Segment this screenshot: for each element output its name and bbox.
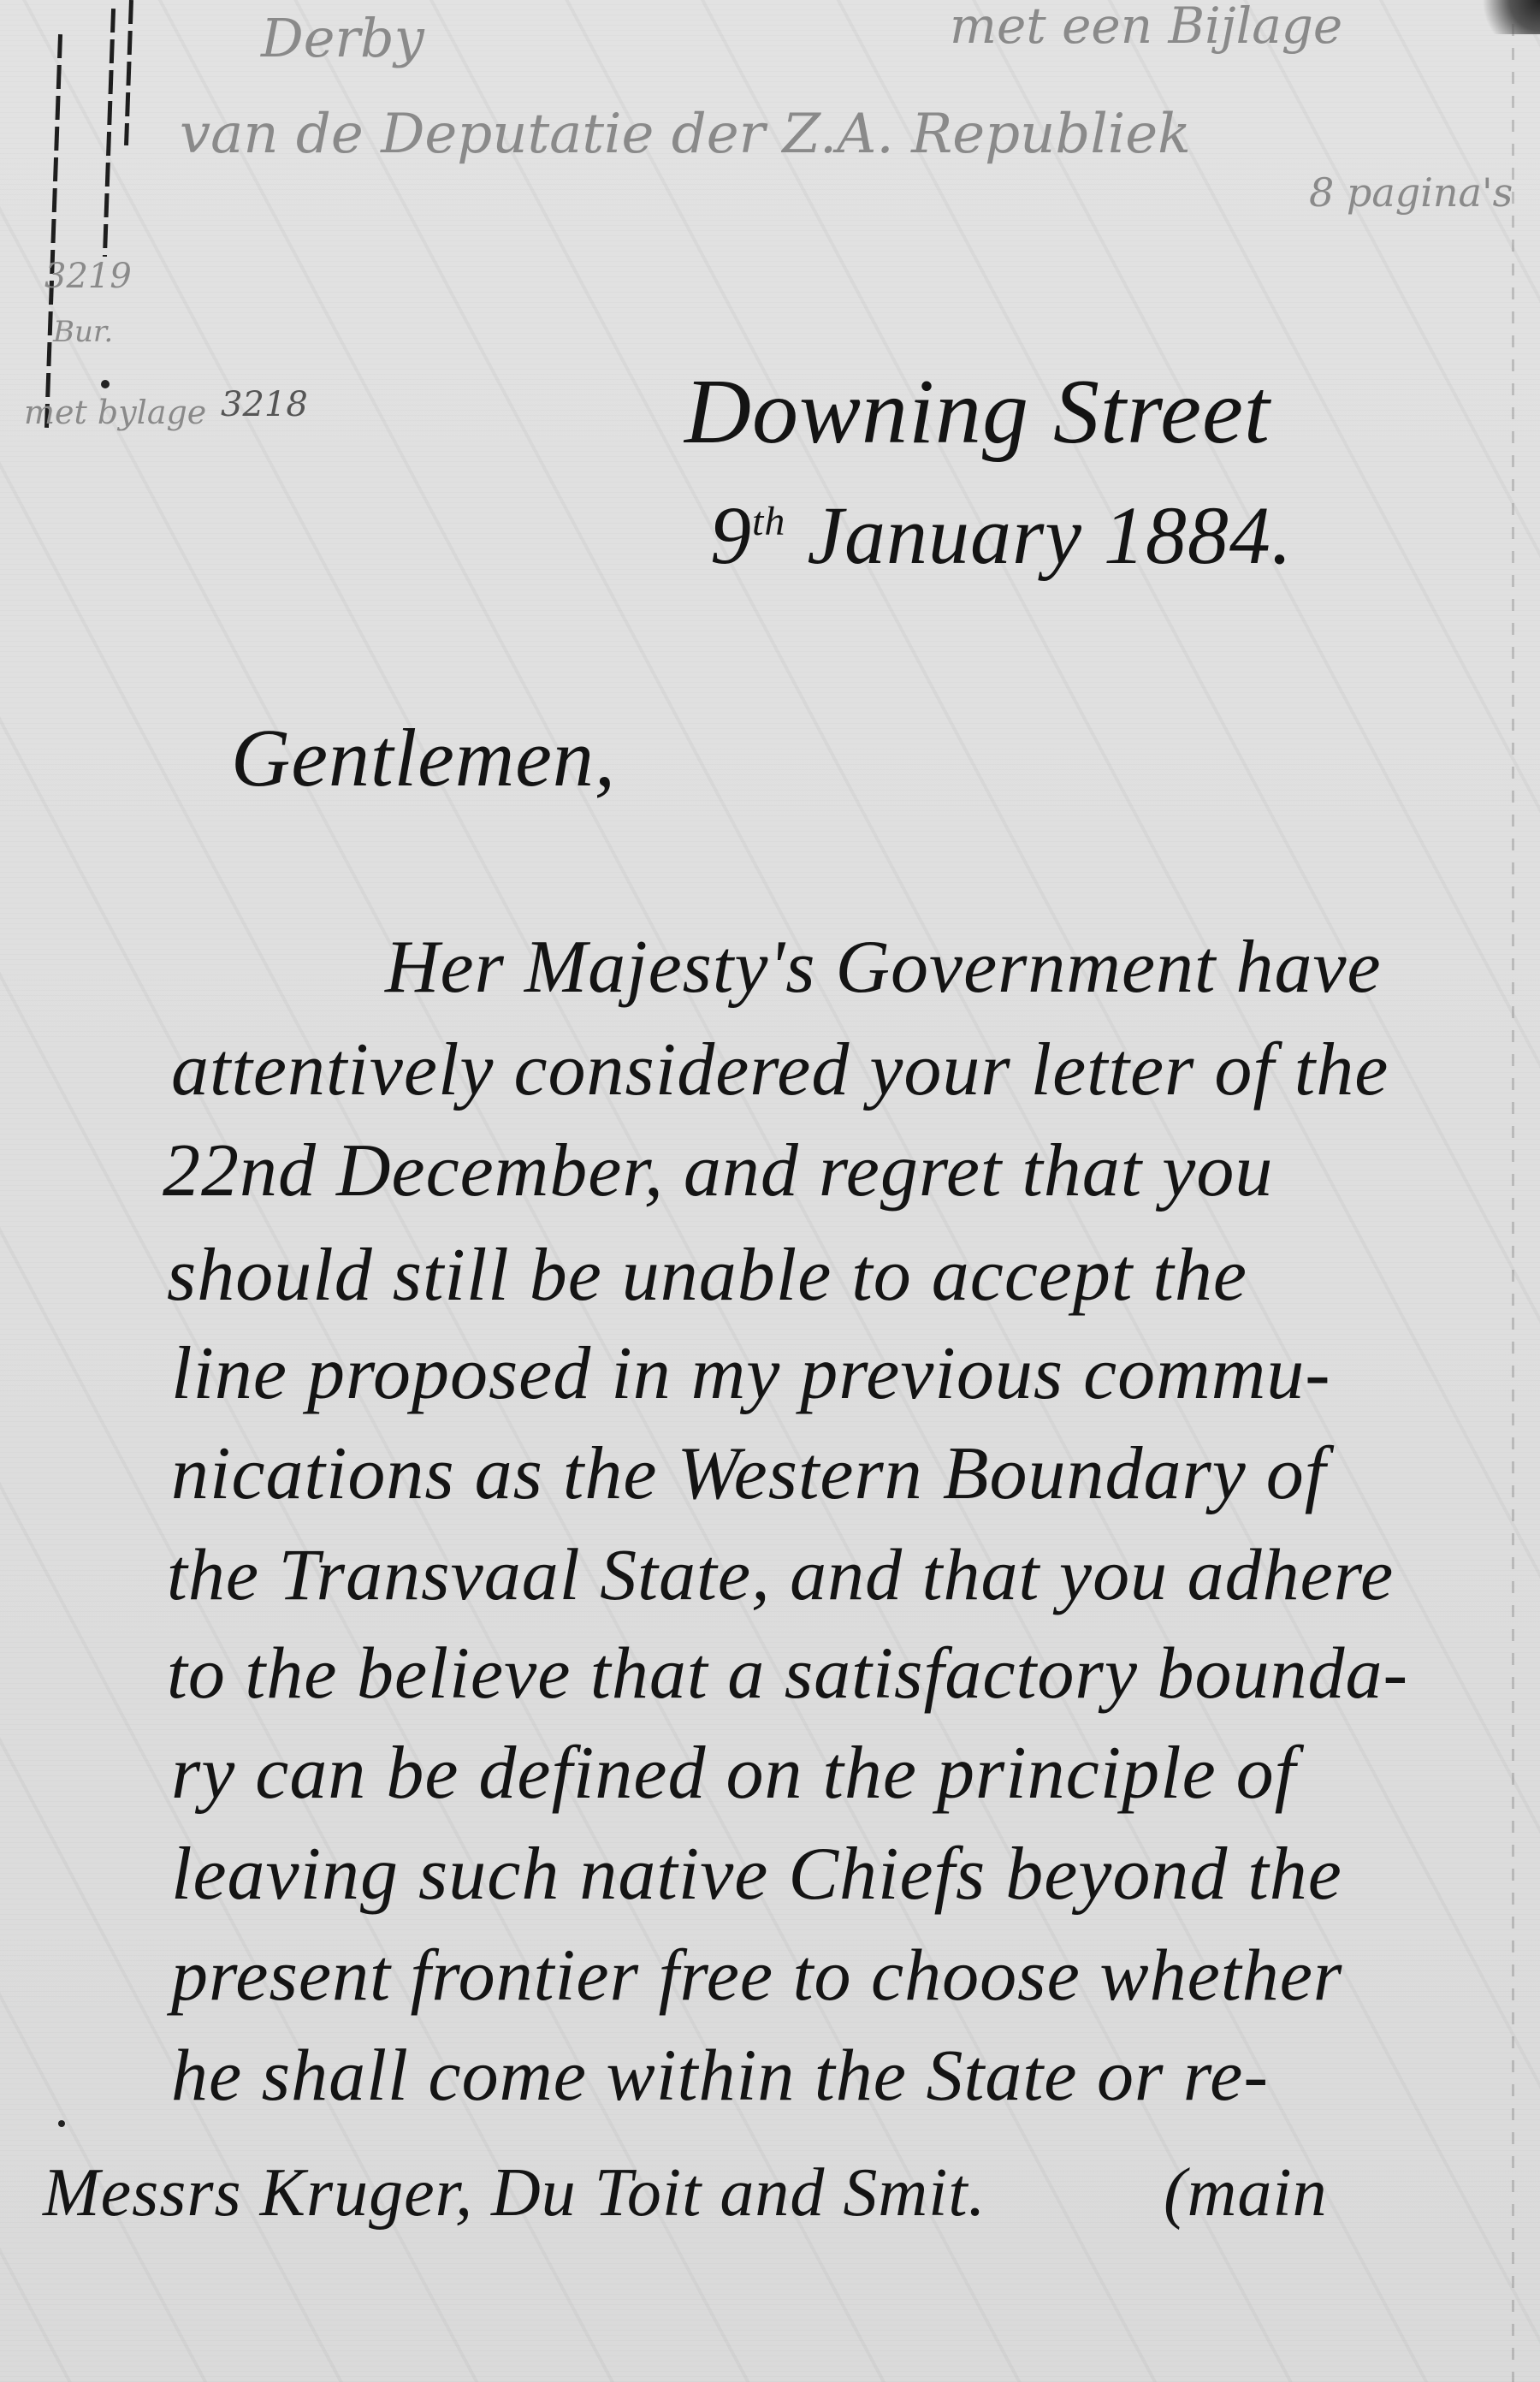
annotation-enclosure-label: met bylage (24, 394, 206, 431)
body-line: the Transvaal State, and that you adhere (167, 1532, 1394, 1617)
date-day: 9 (710, 489, 752, 581)
letter-date: 9th January 1884. (710, 488, 1293, 583)
annotation-ref-number-2: 3218 (221, 385, 308, 424)
annotation-header-line: van de Deputatie der Z.A. Republiek (180, 103, 1191, 166)
body-line: to the believe that a satisfactory bound… (167, 1630, 1408, 1715)
ink-blot (101, 380, 110, 388)
body-line: line proposed in my previous commu- (171, 1330, 1331, 1417)
binding-line (103, 9, 115, 257)
annotation-page-count: 8 pagina's (1309, 169, 1513, 216)
body-line: attentively considered your letter of th… (171, 1027, 1389, 1113)
page-edge-mark (1512, 0, 1514, 2382)
page-corner-shadow (1472, 0, 1540, 34)
date-month-year: January 1884. (807, 489, 1293, 581)
annotation-enclosure-note: met een Bijlage (950, 0, 1342, 55)
binding-line (124, 0, 133, 145)
body-line: he shall come within the State or re- (171, 2032, 1269, 2118)
letter-page: Derby met een Bijlage van de Deputatie d… (0, 0, 1540, 2382)
annotation-sender: Derby (261, 7, 424, 69)
address-line: Downing Street (684, 359, 1270, 465)
body-line: Her Majesty's Government have (385, 924, 1382, 1010)
salutation: Gentlemen, (231, 710, 616, 805)
body-line: should still be unable to accept the (167, 1232, 1247, 1318)
binding-line (44, 34, 62, 428)
catchword: (main (1164, 2154, 1328, 2232)
addressee: Messrs Kruger, Du Toit and Smit. (43, 2154, 986, 2232)
body-line: present frontier free to choose whether (171, 1932, 1342, 2018)
annotation-ref-abbrev: Bur. (53, 315, 113, 349)
body-line: ry can be defined on the principle of (171, 1730, 1296, 1816)
ink-dot (58, 2120, 65, 2127)
body-line: leaving such native Chiefs beyond the (171, 1831, 1342, 1917)
date-ordinal: th (752, 499, 785, 544)
body-line: 22nd December, and regret that you (163, 1128, 1273, 1214)
annotation-ref-number-1: 3219 (44, 257, 132, 296)
body-line: nications as the Western Boundary of (171, 1431, 1326, 1517)
